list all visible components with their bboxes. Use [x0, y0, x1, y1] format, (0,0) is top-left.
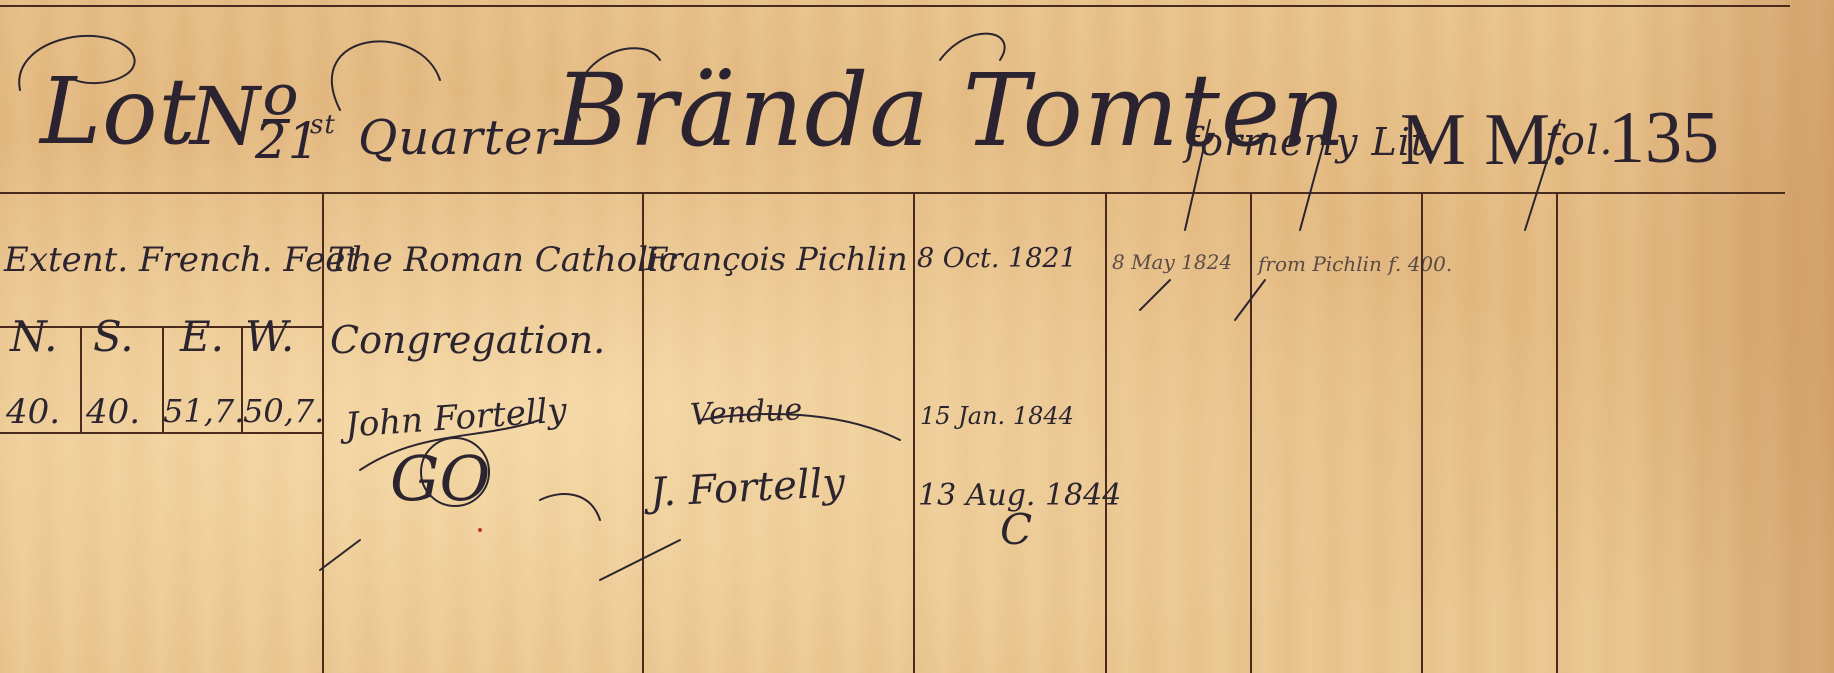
col-divider-3: [913, 192, 915, 673]
direction-west: W.: [245, 312, 294, 361]
extent-value-west: 50,7.: [243, 392, 324, 430]
vendue-date: 15 Jan. 1844: [920, 402, 1074, 430]
signature-2-mark: C: [1000, 505, 1032, 554]
purchase-date-1: 8 Oct. 1821: [917, 243, 1077, 274]
purchase-date-2: 8 May 1824: [1112, 250, 1232, 274]
folio-number: 135: [1608, 96, 1719, 181]
extent-header: Extent. French. Feet: [4, 240, 359, 280]
col-divider-ns: [80, 326, 82, 433]
price-note: from Pichlin f. 400.: [1258, 252, 1452, 276]
extent-value-north: 40.: [6, 392, 60, 432]
signature-j-fortelly: J. Fortelly: [649, 460, 846, 516]
lot-label: Lot: [40, 58, 196, 165]
seller-name: François Pichlin: [645, 240, 908, 278]
col-divider-4: [1105, 192, 1107, 673]
col-divider-5: [1250, 192, 1252, 673]
quarter-label: Quarter: [358, 110, 557, 166]
extent-value-east: 51,7.: [163, 392, 244, 430]
signature-john-fortelly: John Fortelly: [344, 390, 568, 445]
col-divider-7: [1556, 192, 1558, 673]
direction-row-rule: [0, 432, 322, 434]
direction-north: N.: [10, 312, 57, 361]
folio-label: fol.: [1545, 118, 1613, 164]
former-letters: M M.: [1400, 98, 1569, 183]
direction-south: S.: [93, 312, 134, 361]
top-rule: [0, 5, 1790, 7]
signature-mark-go: GO: [390, 442, 490, 515]
direction-east: E.: [180, 312, 224, 361]
vendue-label: Vendue: [689, 392, 803, 433]
owner-line-1: The Roman Catholic: [328, 240, 678, 280]
lot-number-suffix: st: [310, 110, 336, 140]
owner-line-2: Congregation.: [330, 318, 605, 362]
extent-value-south: 40.: [86, 392, 140, 432]
ledger-page: Lot Nº 21 st Quarter Brända Tomten forme…: [0, 0, 1834, 673]
title-underline: [0, 192, 1785, 194]
